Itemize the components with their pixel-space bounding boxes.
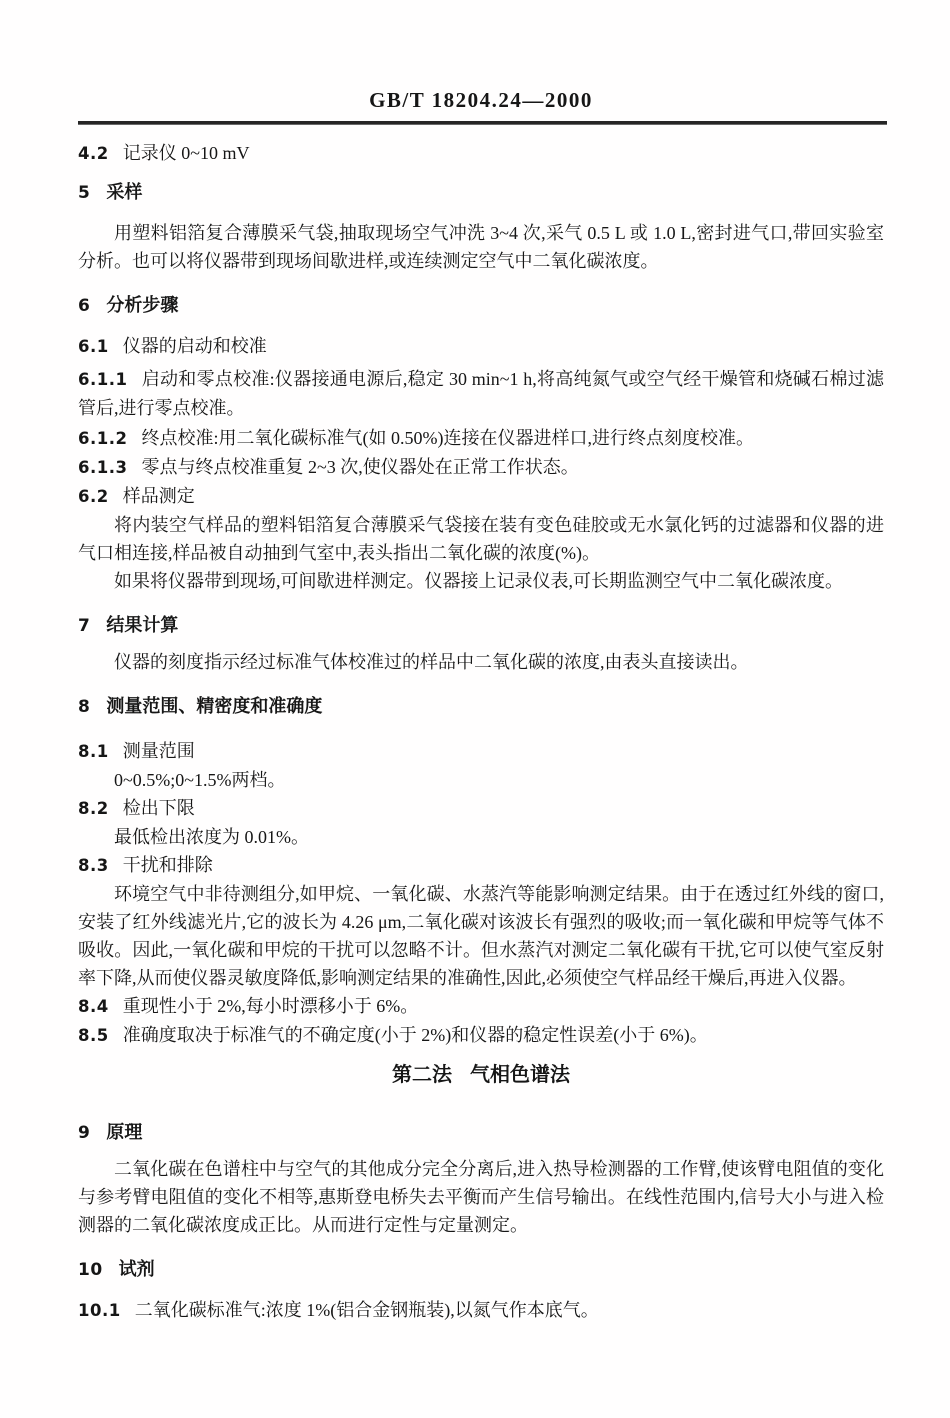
clause-8-1: 8.1测量范围 xyxy=(78,737,884,766)
clause-8-5: 8.5准确度取决于标准气的不确定度(小于 2%)和仪器的稳定性误差(小于 6%)… xyxy=(78,1021,884,1050)
clause-4-2: 4.2记录仪 0~10 mV xyxy=(78,139,884,168)
page-header: GB/T 18204.24—2000 xyxy=(0,0,950,125)
clause-number: 6.1.1 xyxy=(78,370,127,389)
clause-text: 终点校准:用二氧化碳标准气(如 0.50%)连接在仪器进样口,进行终点刻度校准。 xyxy=(141,428,753,448)
clause-8-4: 8.4重现性小于 2%,每小时漂移小于 6%。 xyxy=(78,992,884,1021)
clause-number: 4.2 xyxy=(78,144,109,163)
clause-number: 8.5 xyxy=(78,1026,109,1045)
paragraph-sampling: 用塑料铝箔复合薄膜采气袋,抽取现场空气冲洗 3~4 次,采气 0.5 L 或 1… xyxy=(78,219,884,275)
clause-10-1: 10.1二氧化碳标准气:浓度 1%(铝合金钢瓶装),以氮气作本底气。 xyxy=(78,1296,884,1325)
clause-6-1-2: 6.1.2终点校准:用二氧化碳标准气(如 0.50%)连接在仪器进样口,进行终点… xyxy=(78,424,884,453)
section-6-heading: 6分析步骤 xyxy=(78,291,884,320)
paragraph-sample-measurement: 将内装空气样品的塑料铝箔复合薄膜采气袋接在装有变色硅胶或无水氯化钙的过滤器和仪器… xyxy=(78,511,884,567)
heading-text: 原理 xyxy=(106,1122,142,1142)
paragraph-principle: 二氧化碳在色谱柱中与空气的其他成分完全分离后,进入热导检测器的工作臂,使该臂电阻… xyxy=(78,1155,884,1239)
heading-number: 7 xyxy=(78,616,90,636)
clause-8-3: 8.3干扰和排除 xyxy=(78,851,884,880)
section-9-heading: 9原理 xyxy=(78,1118,884,1147)
clause-text: 准确度取决于标准气的不确定度(小于 2%)和仪器的稳定性误差(小于 6%)。 xyxy=(123,1025,708,1045)
clause-number: 6.1.2 xyxy=(78,429,127,448)
clause-number: 8.4 xyxy=(78,997,109,1016)
subtitle-title: 气相色谱法 xyxy=(470,1064,570,1086)
clause-text: 记录仪 0~10 mV xyxy=(123,143,250,163)
heading-text: 测量范围、精密度和准确度 xyxy=(106,696,322,716)
clause-text: 测量范围 xyxy=(123,741,195,761)
clause-text: 仪器的启动和校准 xyxy=(123,336,267,356)
heading-number: 6 xyxy=(78,296,90,316)
clause-6-1: 6.1仪器的启动和校准 xyxy=(78,332,884,361)
paragraph-field-measurement: 如果将仪器带到现场,可间歇进样测定。仪器接上记录仪表,可长期监测空气中二氧化碳浓… xyxy=(78,567,884,595)
clause-number: 6.2 xyxy=(78,487,109,506)
clause-number: 8.3 xyxy=(78,856,109,875)
clause-number: 6.1.3 xyxy=(78,458,127,477)
standard-number: GB/T 18204.24—2000 xyxy=(78,88,884,112)
subtitle-label: 第二法 xyxy=(392,1064,452,1086)
clause-6-1-1: 6.1.1启动和零点校准:仪器接通电源后,稳定 30 min~1 h,将高纯氮气… xyxy=(78,365,884,422)
section-10-heading: 10试剂 xyxy=(78,1255,884,1284)
document-page: GB/T 18204.24—2000 4.2记录仪 0~10 mV 5采样 用塑… xyxy=(0,0,950,1418)
clause-text: 干扰和排除 xyxy=(123,855,213,875)
heading-number: 8 xyxy=(78,697,90,717)
heading-number: 9 xyxy=(78,1123,90,1143)
document-body: 4.2记录仪 0~10 mV 5采样 用塑料铝箔复合薄膜采气袋,抽取现场空气冲洗… xyxy=(78,125,884,1325)
heading-text: 分析步骤 xyxy=(106,295,178,315)
clause-number: 10.1 xyxy=(78,1301,121,1320)
heading-text: 采样 xyxy=(106,182,142,202)
clause-6-1-3: 6.1.3零点与终点校准重复 2~3 次,使仪器处在正常工作状态。 xyxy=(78,453,884,482)
clause-text: 检出下限 xyxy=(123,798,195,818)
clause-number: 6.1 xyxy=(78,337,109,356)
section-5-heading: 5采样 xyxy=(78,178,884,207)
section-8-heading: 8测量范围、精密度和准确度 xyxy=(78,692,884,721)
section-7-heading: 7结果计算 xyxy=(78,611,884,640)
clause-6-2: 6.2样品测定 xyxy=(78,482,884,511)
heading-number: 10 xyxy=(78,1260,103,1280)
paragraph-result-calculation: 仪器的刻度指示经过标准气体校准过的样品中二氧化碳的浓度,由表头直接读出。 xyxy=(78,648,884,676)
heading-text: 试剂 xyxy=(119,1259,155,1279)
clause-text: 重现性小于 2%,每小时漂移小于 6%。 xyxy=(123,996,419,1016)
clause-number: 8.2 xyxy=(78,799,109,818)
clause-text: 启动和零点校准:仪器接通电源后,稳定 30 min~1 h,将高纯氮气或空气经干… xyxy=(78,369,884,418)
paragraph-interference: 环境空气中非待测组分,如甲烷、一氧化碳、水蒸汽等能影响测定结果。由于在透过红外线… xyxy=(78,880,884,992)
clause-text: 零点与终点校准重复 2~3 次,使仪器处在正常工作状态。 xyxy=(141,457,578,477)
method-2-subtitle: 第二法气相色谱法 xyxy=(78,1060,884,1090)
clause-text: 二氧化碳标准气:浓度 1%(铝合金钢瓶装),以氮气作本底气。 xyxy=(135,1300,599,1320)
heading-text: 结果计算 xyxy=(106,615,178,635)
measurement-range-line: 0~0.5%;0~1.5%两档。 xyxy=(78,766,884,794)
clause-8-2: 8.2检出下限 xyxy=(78,794,884,823)
clause-number: 8.1 xyxy=(78,742,109,761)
detection-limit-line: 最低检出浓度为 0.01%。 xyxy=(78,823,884,851)
clause-text: 样品测定 xyxy=(123,486,195,506)
heading-number: 5 xyxy=(78,183,90,203)
